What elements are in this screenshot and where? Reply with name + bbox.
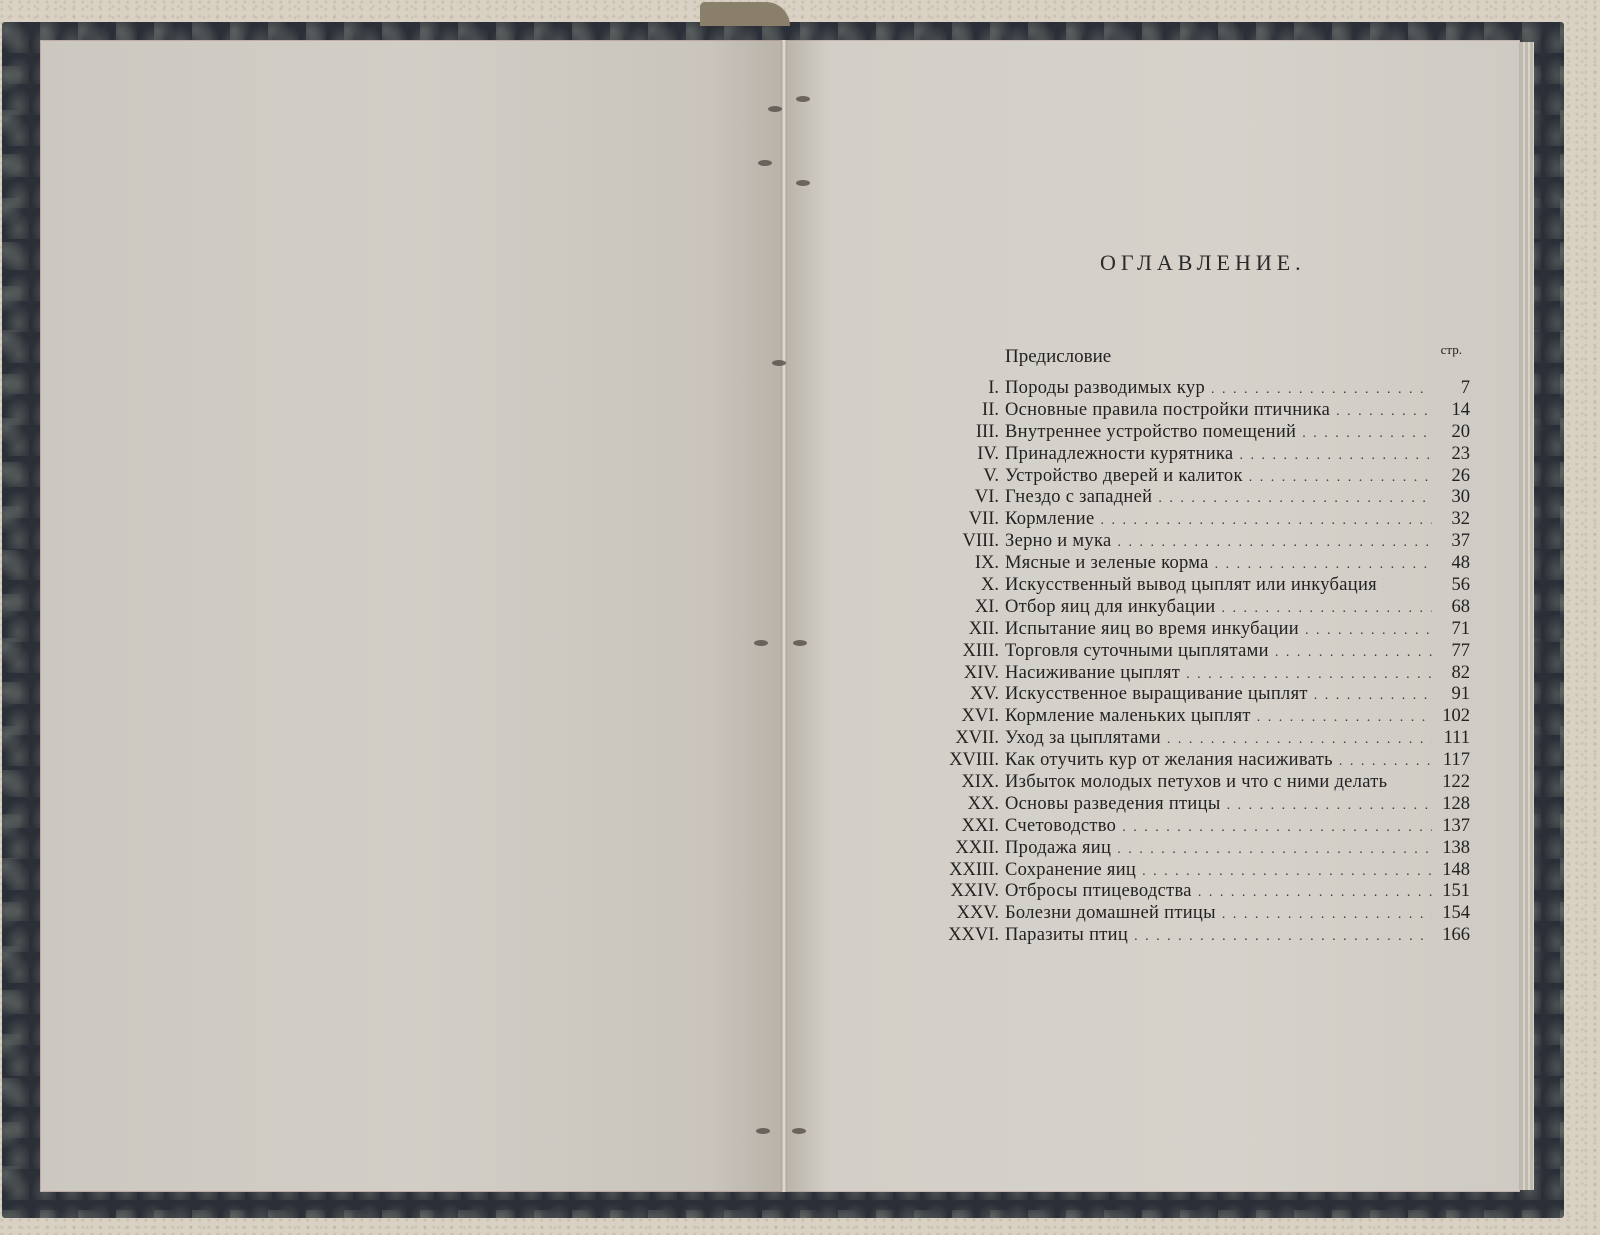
chapter-number: XIX. bbox=[905, 772, 1005, 794]
chapter-page-number: 122 bbox=[1438, 772, 1470, 794]
leader-dots bbox=[1158, 488, 1432, 510]
toc-entry: XXIII. Сохранение яиц 148 bbox=[905, 860, 1470, 882]
toc-entry: XXII. Продажа яиц 138 bbox=[905, 838, 1470, 860]
toc-entry: XXVI. Паразиты птиц 166 bbox=[905, 925, 1470, 947]
toc-preface: Предисловие bbox=[1005, 346, 1111, 368]
book-gutter bbox=[781, 40, 787, 1192]
chapter-number: X. bbox=[905, 575, 1005, 597]
chapter-number: VIII. bbox=[905, 531, 1005, 553]
toc-entry: I. Породы разводимых кур 7 bbox=[905, 378, 1470, 400]
chapter-title: Зерно и мука bbox=[1005, 531, 1112, 553]
leader-dots bbox=[1211, 379, 1432, 401]
chapter-title: Отбор яиц для инкубации bbox=[1005, 597, 1215, 619]
leader-dots bbox=[1336, 401, 1432, 423]
toc-entry: IX. Мясные и зеленые корма 48 bbox=[905, 553, 1470, 575]
chapter-title: Избыток молодых петухов и что с ними дел… bbox=[1005, 772, 1387, 794]
toc-entry: II. Основные правила постройки птичника … bbox=[905, 400, 1470, 422]
chapter-number: XXI. bbox=[905, 816, 1005, 838]
chapter-page-number: 30 bbox=[1438, 487, 1470, 509]
toc-entry: XVII. Уход за цыплятами 111 bbox=[905, 728, 1470, 750]
chapter-page-number: 37 bbox=[1438, 531, 1470, 553]
chapter-title: Породы разводимых кур bbox=[1005, 378, 1205, 400]
chapter-title: Мясные и зеленые корма bbox=[1005, 553, 1209, 575]
toc-entry: XVI. Кормление маленьких цыплят 102 bbox=[905, 706, 1470, 728]
toc-entry: XI. Отбор яиц для инкубации 68 bbox=[905, 597, 1470, 619]
chapter-number: XXIV. bbox=[905, 881, 1005, 903]
toc-entry: XIV. Насиживание цыплят 82 bbox=[905, 663, 1470, 685]
chapter-title: Устройство дверей и калиток bbox=[1005, 466, 1243, 488]
chapter-title: Как отучить кур от желания насиживать bbox=[1005, 750, 1333, 772]
chapter-number: IV. bbox=[905, 444, 1005, 466]
binding-stitch-hole bbox=[792, 1128, 806, 1134]
chapter-title: Отбросы птицеводства bbox=[1005, 881, 1192, 903]
chapter-page-number: 68 bbox=[1438, 597, 1470, 619]
toc-entry: VIII. Зерно и мука 37 bbox=[905, 531, 1470, 553]
chapter-page-number: 7 bbox=[1438, 378, 1470, 400]
page-column-label: стр. bbox=[1441, 342, 1462, 358]
chapter-title: Продажа яиц bbox=[1005, 838, 1111, 860]
chapter-page-number: 148 bbox=[1438, 860, 1470, 882]
toc-entry: XX. Основы разведения птицы 128 bbox=[905, 794, 1470, 816]
toc-entry: V. Устройство дверей и калиток 26 bbox=[905, 466, 1470, 488]
toc-entry: XV. Искусственное выращивание цыплят 91 bbox=[905, 684, 1470, 706]
leader-dots bbox=[1134, 926, 1432, 948]
chapter-number: XV. bbox=[905, 684, 1005, 706]
toc-entry: XXIV. Отбросы птицеводства 151 bbox=[905, 881, 1470, 903]
chapter-page-number: 23 bbox=[1438, 444, 1470, 466]
chapter-title: Кормление bbox=[1005, 509, 1095, 531]
binding-stitch-hole bbox=[793, 640, 807, 646]
chapter-page-number: 71 bbox=[1438, 619, 1470, 641]
chapter-page-number: 128 bbox=[1438, 794, 1470, 816]
leader-dots bbox=[1302, 423, 1432, 445]
toc-entry: VI. Гнездо с западней 30 bbox=[905, 487, 1470, 509]
book-spine-top bbox=[700, 2, 790, 26]
chapter-page-number: 56 bbox=[1438, 575, 1470, 597]
chapter-title: Основы разведения птицы bbox=[1005, 794, 1221, 816]
leader-dots bbox=[1339, 751, 1432, 773]
toc-title: ОГЛАВЛЕНИЕ. bbox=[1100, 250, 1306, 276]
chapter-page-number: 32 bbox=[1438, 509, 1470, 531]
binding-stitch-hole bbox=[754, 640, 768, 646]
chapter-title: Гнездо с западней bbox=[1005, 487, 1152, 509]
leader-dots bbox=[1101, 510, 1433, 532]
chapter-number: XI. bbox=[905, 597, 1005, 619]
chapter-page-number: 151 bbox=[1438, 881, 1470, 903]
chapter-page-number: 111 bbox=[1438, 728, 1470, 750]
chapter-page-number: 26 bbox=[1438, 466, 1470, 488]
chapter-title: Насиживание цыплят bbox=[1005, 663, 1180, 685]
binding-stitch-hole bbox=[796, 96, 810, 102]
chapter-number: XIV. bbox=[905, 663, 1005, 685]
leader-dots bbox=[1117, 839, 1432, 861]
chapter-number: XVI. bbox=[905, 706, 1005, 728]
chapter-number: II. bbox=[905, 400, 1005, 422]
binding-stitch-hole bbox=[768, 106, 782, 112]
toc-header-row: Предисловие стр. bbox=[905, 342, 1470, 366]
chapter-number: XXV. bbox=[905, 903, 1005, 925]
chapter-title: Принадлежности курятника bbox=[1005, 444, 1233, 466]
chapter-number: I. bbox=[905, 378, 1005, 400]
leader-dots bbox=[1122, 817, 1432, 839]
chapter-page-number: 138 bbox=[1438, 838, 1470, 860]
chapter-title: Искусственный вывод цыплят или инкубация bbox=[1005, 575, 1377, 597]
toc-entry: IV. Принадлежности курятника 23 bbox=[905, 444, 1470, 466]
toc-entry: X. Искусственный вывод цыплят или инкуба… bbox=[905, 575, 1470, 597]
toc-entry: XXV. Болезни домашней птицы 154 bbox=[905, 903, 1470, 925]
toc-entry: VII. Кормление 32 bbox=[905, 509, 1470, 531]
page-edges bbox=[1520, 42, 1534, 1190]
chapter-title: Торговля суточными цыплятами bbox=[1005, 641, 1269, 663]
leader-dots bbox=[1227, 795, 1432, 817]
toc-entry: XII. Испытание яиц во время инкубации 71 bbox=[905, 619, 1470, 641]
chapter-number: XX. bbox=[905, 794, 1005, 816]
leader-dots bbox=[1249, 467, 1432, 489]
left-page-blank bbox=[40, 40, 785, 1192]
leader-dots bbox=[1167, 729, 1432, 751]
leader-dots bbox=[1142, 861, 1432, 883]
leader-dots bbox=[1118, 532, 1432, 554]
chapter-page-number: 102 bbox=[1438, 706, 1470, 728]
toc-list: I. Породы разводимых кур 7 II. Основные … bbox=[905, 378, 1470, 947]
leader-dots bbox=[1215, 554, 1432, 576]
chapter-page-number: 82 bbox=[1438, 663, 1470, 685]
chapter-number: XVII. bbox=[905, 728, 1005, 750]
chapter-page-number: 117 bbox=[1438, 750, 1470, 772]
leader-dots bbox=[1186, 664, 1432, 686]
chapter-number: VI. bbox=[905, 487, 1005, 509]
chapter-title: Паразиты птиц bbox=[1005, 925, 1128, 947]
binding-stitch-hole bbox=[772, 360, 786, 366]
toc-entry: XIX. Избыток молодых петухов и что с ним… bbox=[905, 772, 1470, 794]
chapter-title: Основные правила постройки птичника bbox=[1005, 400, 1330, 422]
chapter-number: XXII. bbox=[905, 838, 1005, 860]
chapter-number: VII. bbox=[905, 509, 1005, 531]
chapter-number: XXIII. bbox=[905, 860, 1005, 882]
chapter-title: Кормление маленьких цыплят bbox=[1005, 706, 1251, 728]
chapter-page-number: 48 bbox=[1438, 553, 1470, 575]
toc-entry: XXI. Счетоводство 137 bbox=[905, 816, 1470, 838]
toc-entry: XVIII. Как отучить кур от желания насижи… bbox=[905, 750, 1470, 772]
chapter-title: Сохранение яиц bbox=[1005, 860, 1136, 882]
chapter-number: XII. bbox=[905, 619, 1005, 641]
leader-dots bbox=[1305, 620, 1432, 642]
leader-dots bbox=[1222, 904, 1432, 926]
chapter-number: XXVI. bbox=[905, 925, 1005, 947]
chapter-page-number: 14 bbox=[1438, 400, 1470, 422]
binding-stitch-hole bbox=[756, 1128, 770, 1134]
toc-entry: XIII. Торговля суточными цыплятами 77 bbox=[905, 641, 1470, 663]
leader-dots bbox=[1239, 445, 1432, 467]
chapter-number: V. bbox=[905, 466, 1005, 488]
binding-stitch-hole bbox=[758, 160, 772, 166]
chapter-number: III. bbox=[905, 422, 1005, 444]
leader-dots bbox=[1221, 598, 1432, 620]
toc-entry: III. Внутреннее устройство помещений 20 bbox=[905, 422, 1470, 444]
chapter-title: Искусственное выращивание цыплят bbox=[1005, 684, 1308, 706]
chapter-page-number: 91 bbox=[1438, 684, 1470, 706]
chapter-number: IX. bbox=[905, 553, 1005, 575]
leader-dots bbox=[1314, 685, 1432, 707]
chapter-page-number: 20 bbox=[1438, 422, 1470, 444]
chapter-title: Болезни домашней птицы bbox=[1005, 903, 1216, 925]
binding-stitch-hole bbox=[796, 180, 810, 186]
chapter-title: Уход за цыплятами bbox=[1005, 728, 1161, 750]
chapter-number: XIII. bbox=[905, 641, 1005, 663]
chapter-page-number: 166 bbox=[1438, 925, 1470, 947]
chapter-page-number: 77 bbox=[1438, 641, 1470, 663]
chapter-title: Внутреннее устройство помещений bbox=[1005, 422, 1296, 444]
chapter-page-number: 137 bbox=[1438, 816, 1470, 838]
leader-dots bbox=[1275, 642, 1432, 664]
leader-dots bbox=[1198, 882, 1432, 904]
chapter-number: XVIII. bbox=[905, 750, 1005, 772]
leader-dots bbox=[1257, 707, 1432, 729]
chapter-title: Счетоводство bbox=[1005, 816, 1116, 838]
chapter-title: Испытание яиц во время инкубации bbox=[1005, 619, 1299, 641]
chapter-page-number: 154 bbox=[1438, 903, 1470, 925]
